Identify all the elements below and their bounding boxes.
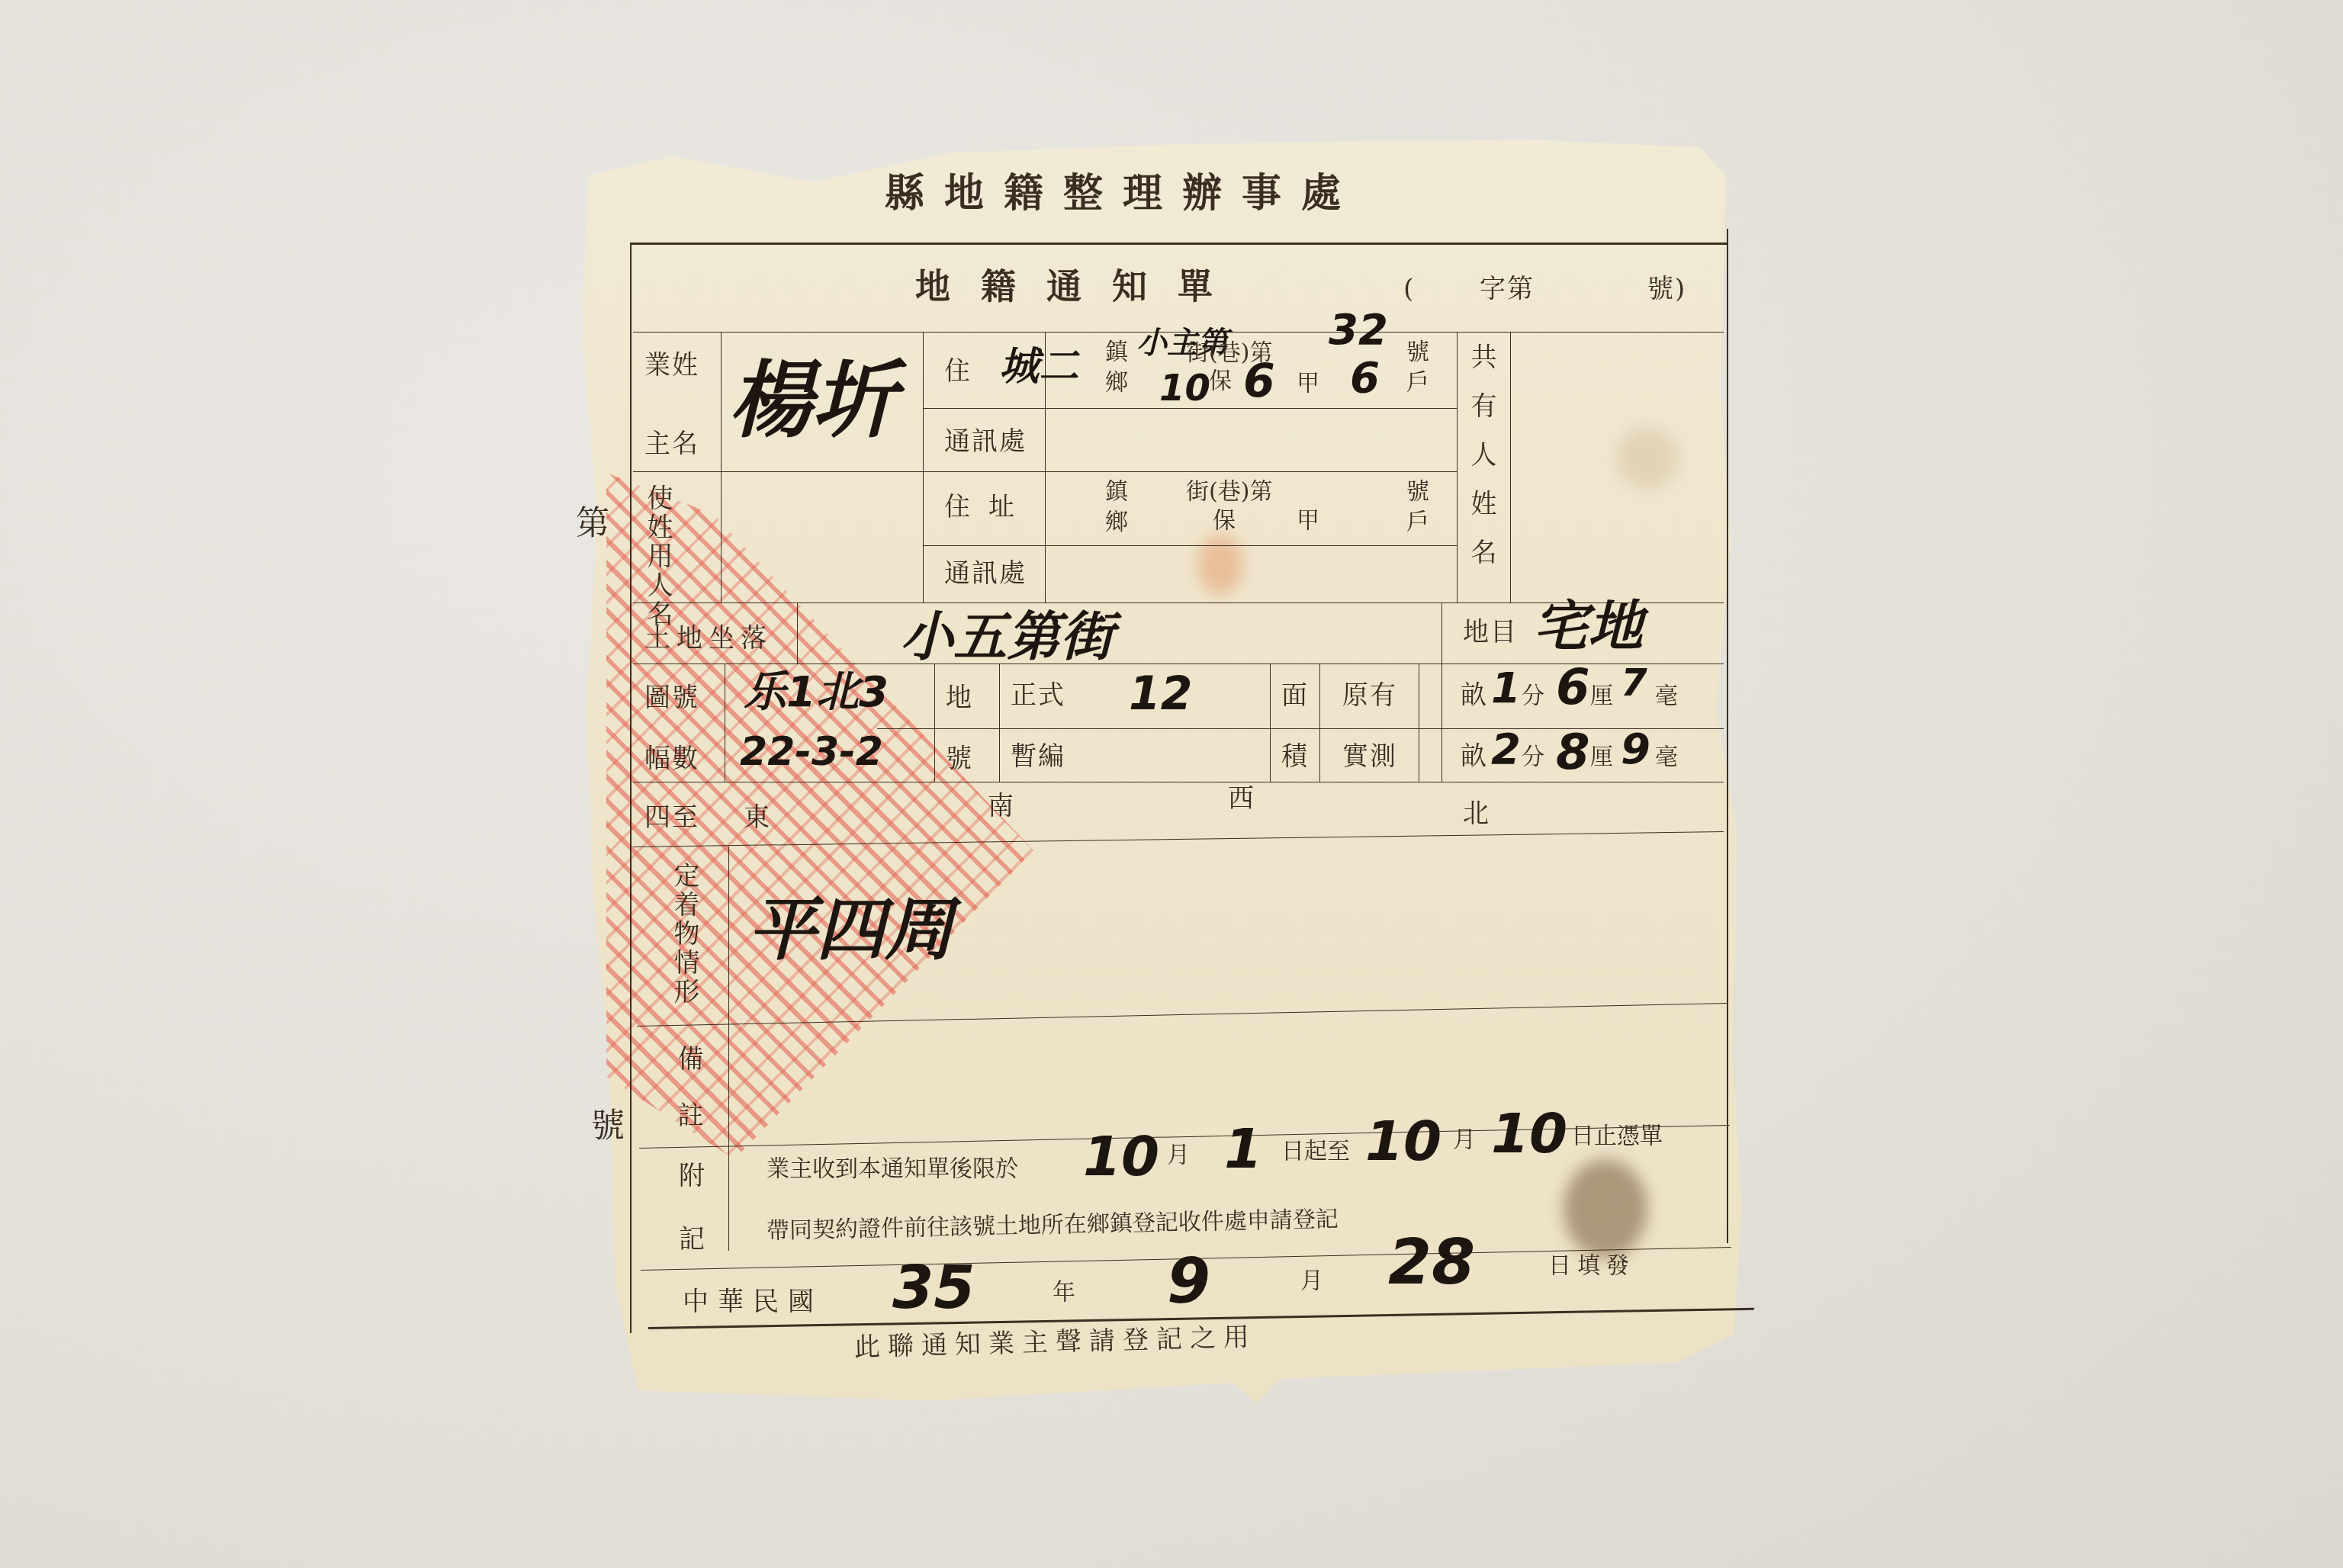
area-original-label: 原有: [1342, 683, 1397, 708]
appendix-start-month: 10: [1083, 1129, 1159, 1184]
serial-zi-di: 字第: [1480, 276, 1535, 302]
owner-address-prefix: 城二: [999, 347, 1078, 387]
user-bao: 保: [1213, 509, 1236, 532]
owner-zhen-xiang: 鎮鄉: [1102, 339, 1125, 400]
area-surveyed-li: 9: [1621, 728, 1650, 771]
boundary-east: 東: [744, 805, 771, 831]
area-surveyed-unit-hao: 毫: [1655, 746, 1678, 769]
land-location-value: 小五第街: [900, 610, 1114, 664]
remarks-label: 備註: [675, 1045, 701, 1158]
fixtures-label: 定着物情形: [671, 862, 697, 1007]
date-year: 35: [892, 1258, 975, 1318]
owner-address-bao: 10: [1159, 370, 1210, 406]
owner-contact-value[interactable]: [1060, 429, 1441, 459]
owner-address-jia: 6: [1243, 358, 1275, 404]
area-label-top: 面: [1281, 683, 1309, 708]
frame-left: [630, 243, 632, 1333]
date-month: 9: [1167, 1251, 1210, 1313]
appendix-start-day: 1: [1224, 1121, 1262, 1176]
user-zhen-xiang: 鎮鄉: [1102, 479, 1125, 540]
boundary-north: 北: [1463, 801, 1490, 827]
grid-line: [1457, 332, 1458, 602]
date-month-char: 月: [1300, 1270, 1323, 1293]
area-surveyed-fen: 8: [1556, 728, 1590, 777]
owner-jia: 甲: [1297, 372, 1319, 395]
area-original-unit-mu: 畝: [1461, 683, 1488, 708]
user-contact-label: 通訊處: [944, 561, 1027, 586]
frame-right: [1727, 229, 1728, 1243]
frame-top: [630, 243, 1728, 245]
owner-label-bottom: 主名: [644, 431, 699, 457]
date-suffix: 日填發: [1548, 1255, 1635, 1277]
land-category-label: 地目: [1463, 619, 1518, 645]
map-number-value: 乐1北3: [744, 671, 889, 714]
grid-line: [1510, 332, 1511, 602]
date-day: 28: [1388, 1232, 1475, 1294]
grid-line: [728, 847, 729, 1251]
lot-official-value: 12: [1129, 671, 1193, 717]
area-original-unit-li: 厘: [1590, 685, 1613, 708]
grid-line: [923, 332, 924, 602]
fixtures-value: 平四周: [747, 896, 953, 965]
margin-mark-bottom: 號: [591, 1110, 625, 1143]
office-title: 縣地籍整理辦事處: [885, 174, 1361, 214]
grid-line: [923, 545, 1457, 546]
appendix-end-month: 10: [1365, 1113, 1441, 1168]
grid-line: [1441, 602, 1442, 782]
lot-official-label: 正式: [1011, 683, 1065, 708]
grid-line: [1270, 664, 1271, 782]
land-location-label: 土地坐落: [644, 625, 773, 651]
appendix-end-day: 10: [1491, 1106, 1567, 1161]
grid-line: [633, 782, 1724, 782]
area-surveyed-mu: 2: [1491, 728, 1521, 771]
user-label: 使姓用人名: [644, 484, 670, 629]
grid-line: [999, 664, 1000, 782]
area-original-unit-fen: 分: [1522, 685, 1544, 708]
appendix-day-to: 日起至: [1281, 1140, 1350, 1163]
margin-mark-top: 第: [576, 507, 609, 541]
grid-line: [1319, 664, 1320, 782]
form-title: 地籍通知單: [915, 268, 1243, 304]
grid-line: [934, 664, 935, 782]
area-surveyed-unit-li: 厘: [1590, 746, 1613, 769]
owner-hao-hu: 號戶: [1403, 339, 1426, 400]
owner-address-hu: 6: [1350, 357, 1380, 400]
appendix-line1-suffix: 日止憑單: [1571, 1125, 1663, 1148]
user-jia: 甲: [1297, 509, 1319, 532]
grid-line: [877, 728, 1724, 729]
land-category-value: 宅地: [1533, 599, 1643, 654]
appendix-line1-prefix: 業主收到本通知單後限於: [767, 1158, 1018, 1181]
appendix-label-bottom: 記: [679, 1226, 706, 1252]
appendix-label-top: 附: [679, 1163, 706, 1189]
grid-line: [721, 332, 722, 602]
owner-bao: 保: [1209, 370, 1232, 393]
owner-address-label: 住: [944, 358, 972, 384]
user-hao-hu: 號戶: [1403, 479, 1426, 540]
lot-provisional-value[interactable]: [1083, 744, 1258, 774]
area-original-li: 7: [1621, 664, 1647, 702]
owner-address-hao: 32: [1329, 309, 1388, 352]
user-contact-value[interactable]: [1060, 561, 1441, 591]
lot-number-label-top: 地: [946, 685, 973, 711]
sheet-number-value: 22-3-2: [740, 732, 883, 772]
user-address-label: 住址: [944, 494, 1033, 520]
area-label-bottom: 積: [1281, 744, 1309, 770]
serial-hao: 號): [1647, 276, 1686, 302]
owner-label-top: 業姓: [644, 352, 699, 378]
grid-line: [797, 602, 798, 664]
area-surveyed-unit-mu: 畝: [1461, 744, 1488, 770]
lot-provisional-label: 暫編: [1011, 744, 1065, 770]
appendix-month-char-2: 月: [1453, 1129, 1476, 1152]
lot-number-label-bottom: 號: [946, 746, 973, 772]
date-era-label: 中華民國: [683, 1289, 823, 1315]
grid-line: [725, 664, 725, 782]
map-number-label: 圖號: [644, 685, 699, 711]
area-original-fen: 6: [1556, 664, 1590, 712]
sheet-number-label: 幅數: [644, 746, 699, 772]
co-owners-label: 共有人姓名: [1468, 343, 1494, 587]
area-surveyed-unit-fen: 分: [1522, 746, 1544, 769]
area-surveyed-label: 實測: [1342, 744, 1397, 770]
appendix-month-char-1: 月: [1167, 1144, 1190, 1167]
date-year-char: 年: [1053, 1281, 1075, 1304]
area-original-unit-hao: 毫: [1655, 685, 1678, 708]
area-original-mu: 1: [1491, 667, 1521, 710]
owner-name-handwritten: 楊圻: [728, 358, 896, 442]
boundary-west: 西: [1228, 786, 1255, 811]
owner-contact-label: 通訊處: [944, 429, 1027, 455]
boundary-south: 南: [988, 793, 1015, 819]
co-owners-value[interactable]: [1522, 343, 1712, 587]
boundaries-label: 四至: [644, 805, 699, 831]
stain: [1564, 1159, 1647, 1258]
grid-line: [1419, 664, 1419, 782]
serial-open-paren: (: [1403, 276, 1415, 302]
user-jie-xiang-di: 街(巷)第: [1186, 480, 1272, 503]
